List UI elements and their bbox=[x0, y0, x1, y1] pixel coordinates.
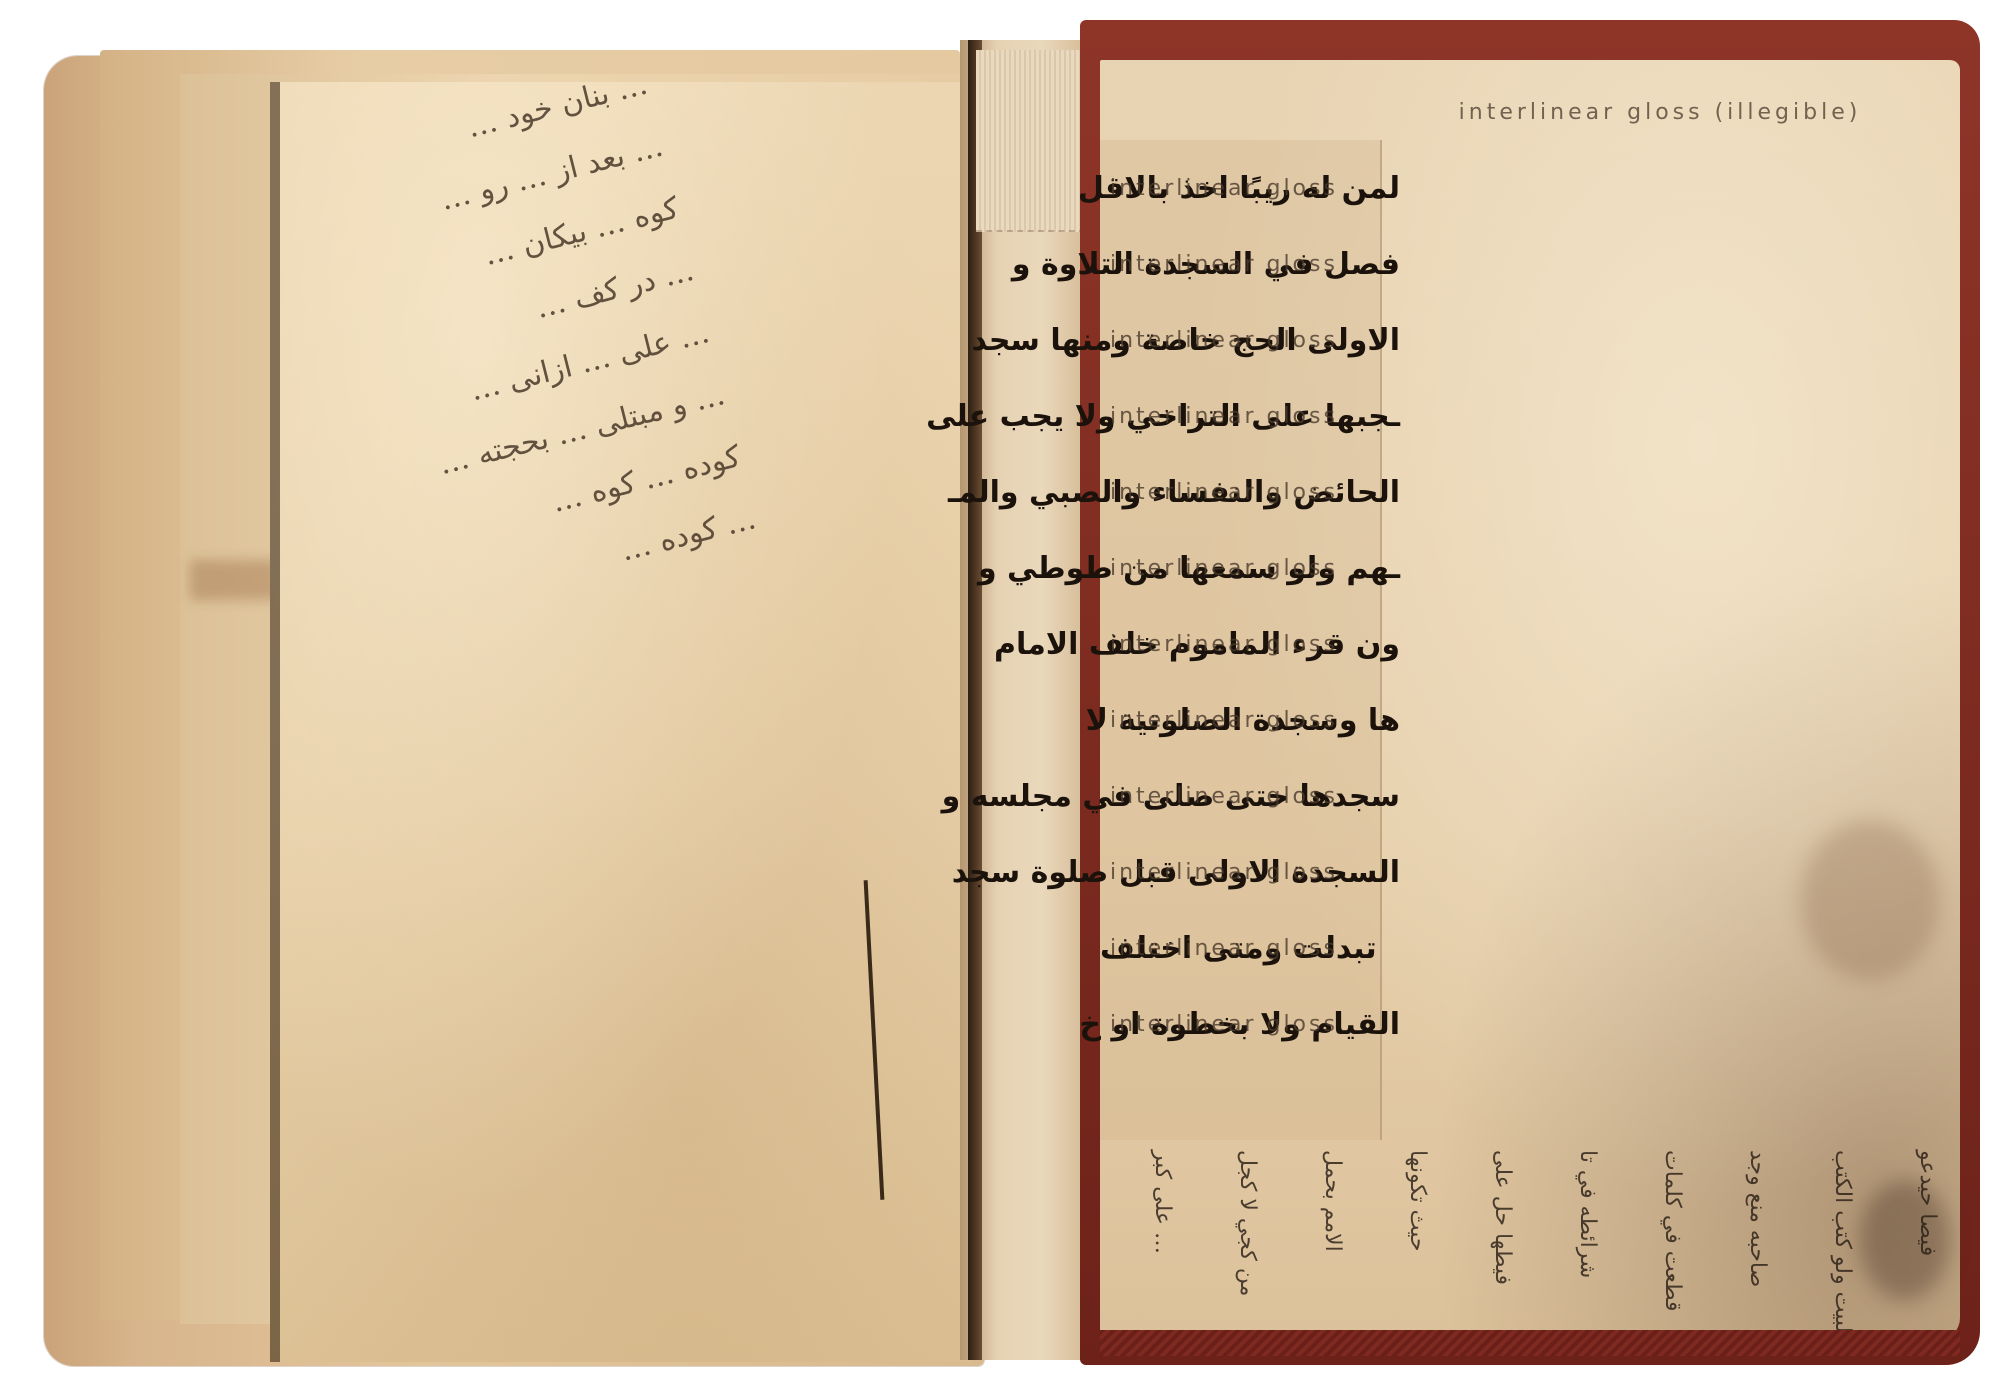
marginal-note: فيطها حل على bbox=[1490, 1150, 1515, 1350]
leather-edge bbox=[1100, 1330, 1960, 1356]
text-line: لمن له ريبًا اخذ بالاقل interlinear glos… bbox=[1100, 150, 1930, 226]
text-line: سجدها حتى صلى في مجلسه و interlinear glo… bbox=[1100, 758, 1930, 834]
text-line: ـهم ولو سمعها من طوطي و interlinear glos… bbox=[1100, 530, 1930, 606]
interlinear-gloss: interlinear gloss bbox=[1100, 936, 1930, 961]
text-line: ون قرء الماموم خلف الامام interlinear gl… bbox=[1100, 606, 1930, 682]
interlinear-gloss: interlinear gloss bbox=[1100, 252, 1930, 277]
header-gloss: interlinear gloss (illegible) bbox=[1400, 100, 1920, 125]
marginal-note: فيصا حيدعو bbox=[1915, 1150, 1940, 1350]
text-line: فصل في السجدة التلاوة و interlinear glos… bbox=[1100, 226, 1930, 302]
marginal-note: قطعت في كلمات bbox=[1660, 1150, 1685, 1350]
text-line: ـجبها على التراخي ولا يجب على interlinea… bbox=[1100, 378, 1930, 454]
text-line: ها وسجدة الصلوتية لا interlinear gloss bbox=[1100, 682, 1930, 758]
interlinear-gloss: interlinear gloss bbox=[1100, 556, 1930, 581]
interlinear-gloss: interlinear gloss bbox=[1100, 784, 1930, 809]
text-line: تبدلت ومتى اختلف interlinear gloss bbox=[1100, 910, 1930, 986]
main-text-block: لمن له ريبًا اخذ بالاقل interlinear glos… bbox=[1100, 150, 1930, 1062]
bottom-marginalia: فيصا حيدعو البيت ولو كتب الكتب صاحبه منع… bbox=[1150, 1150, 1940, 1350]
interlinear-gloss: interlinear gloss bbox=[1100, 632, 1930, 657]
marginal-note: صاحبه منع وجد bbox=[1745, 1150, 1770, 1350]
text-line: القيام ولا بخطوة او خ interlinear gloss bbox=[1100, 986, 1930, 1062]
interlinear-gloss: interlinear gloss bbox=[1100, 1012, 1930, 1037]
interlinear-gloss: interlinear gloss bbox=[1100, 708, 1930, 733]
interlinear-gloss: interlinear gloss bbox=[1100, 860, 1930, 885]
interlinear-gloss: interlinear gloss bbox=[1100, 480, 1930, 505]
interlinear-gloss: interlinear gloss bbox=[1100, 176, 1930, 201]
marginal-note: من كجي لا كجل bbox=[1235, 1150, 1260, 1350]
fold-stain bbox=[190, 560, 280, 600]
manuscript-photo: … بنان خود … … بعد از … رو … کوه … بیکان… bbox=[0, 0, 2000, 1390]
marginal-note: الامم بحمل bbox=[1320, 1150, 1345, 1350]
interlinear-gloss: interlinear gloss bbox=[1100, 328, 1930, 353]
marginal-note: على كبر … bbox=[1150, 1150, 1175, 1350]
text-line: الحائض والنفساء والصبي والمـ interlinear… bbox=[1100, 454, 1930, 530]
marginal-note: حيث تكونها bbox=[1405, 1150, 1430, 1350]
spine-shadow bbox=[968, 40, 982, 1360]
text-line: السجدة الاولى قبل صلوة سجد interlinear g… bbox=[1100, 834, 1930, 910]
text-line: الاولى الحج خاصة ومنها سجد interlinear g… bbox=[1100, 302, 1930, 378]
interlinear-gloss: interlinear gloss bbox=[1100, 404, 1930, 429]
marginal-note: شرائطه في تا bbox=[1575, 1150, 1600, 1350]
marginal-note: البيت ولو كتب الكتب bbox=[1830, 1150, 1855, 1350]
